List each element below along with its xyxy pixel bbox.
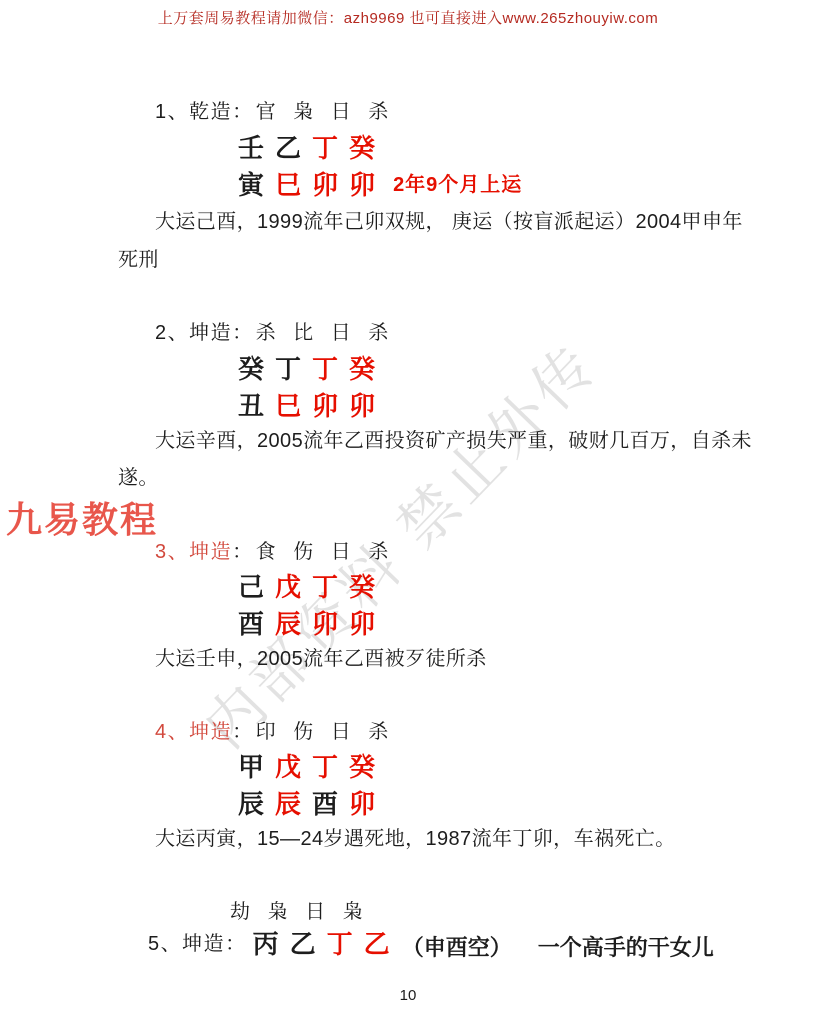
section-2-heading-line: 2、坤造： 杀 比 日 杀	[155, 322, 394, 345]
text-segment: 戊	[275, 753, 301, 783]
text-segment: 己	[238, 573, 264, 603]
section-5-main-line: 5、坤造： 丙乙丁乙 （申酉空）一个高手的干女儿	[148, 930, 714, 960]
case-1-branches-line: 寅巳卯卯 2年9个月上运	[238, 171, 522, 201]
case-4-ten-gods: 印 伤 日 杀	[256, 721, 395, 744]
text-segment: 丁	[312, 134, 338, 164]
page-number: 10	[0, 987, 816, 1004]
text-segment: 戊	[275, 573, 301, 603]
section-4-heading-line: 4、坤造： 印 伤 日 杀	[155, 721, 394, 744]
case-1-comment-line-1: 大运己酉，1999流年己卯双规， 庚运（按盲派起运）2004甲申年	[155, 211, 743, 234]
case-2-comment-line-2: 遂。	[118, 467, 159, 490]
text-segment: 酉	[238, 610, 264, 640]
text-segment: 癸	[349, 753, 375, 783]
text-segment: 丁	[312, 573, 338, 603]
text-segment: 辰	[238, 790, 264, 820]
case-1-luck-note: 2年9个月上运	[393, 174, 522, 197]
text-segment: 巳	[275, 171, 301, 201]
case-5-label: 5、坤造：	[148, 933, 247, 956]
text-segment: 壬	[238, 134, 264, 164]
case-4-stems: 甲戊丁癸	[238, 753, 375, 783]
text-segment: 乙	[364, 930, 390, 960]
section-1-heading-line: 1、乾造： 官 枭 日 杀	[155, 101, 394, 124]
text-segment: 2、坤造：	[155, 322, 254, 344]
case-4-label: 4、坤造：	[155, 721, 254, 744]
case-2-ten-gods: 杀 比 日 杀	[256, 322, 395, 345]
text-segment: 丁	[327, 930, 353, 960]
text-segment: 卯	[349, 610, 375, 640]
case-4-comment-line-1: 大运丙寅，15—24岁遇死地，1987流年丁卯，车祸死亡。	[155, 828, 676, 851]
case-1-comment-line-2: 死刑	[118, 249, 159, 272]
text-segment: ：	[232, 721, 254, 743]
case-3-label: 3、坤造：	[155, 541, 254, 564]
case-5-annotation: （申酉空）一个高手的干女儿	[402, 935, 714, 960]
case-2-label: 2、坤造：	[155, 322, 254, 345]
text-segment: 癸	[349, 355, 375, 385]
text-segment: 乙	[275, 134, 301, 164]
case-1-stems: 壬乙丁癸	[238, 134, 375, 164]
text-segment: 一个高手的干女儿	[538, 935, 714, 960]
case-1-label: 1、乾造：	[155, 101, 254, 124]
case-3-ten-gods: 食 伤 日 杀	[256, 541, 395, 564]
case-3-stems: 己戊丁癸	[238, 573, 375, 603]
text-segment: 癸	[238, 355, 264, 385]
text-segment: 卯	[312, 392, 338, 422]
text-segment: 丙	[253, 930, 279, 960]
text-segment: ：	[232, 541, 254, 563]
text-segment: 卯	[312, 171, 338, 201]
text-segment: 3、坤造	[155, 541, 232, 563]
text-segment: 癸	[349, 573, 375, 603]
section-3-heading-line: 3、坤造： 食 伤 日 杀	[155, 541, 394, 564]
case-4-branches: 辰辰酉卯	[238, 790, 375, 820]
text-segment: 丑	[238, 392, 264, 422]
text-segment: 卯	[312, 610, 338, 640]
text-segment: 卯	[349, 171, 375, 201]
case-3-branches: 酉辰卯卯	[238, 610, 375, 640]
text-segment: 乙	[290, 930, 316, 960]
text-segment: 巳	[275, 392, 301, 422]
text-segment: 丁	[275, 355, 301, 385]
case-2-comment-line-1: 大运辛酉，2005流年乙酉投资矿产损失严重，破财几百万，自杀未	[155, 430, 752, 453]
case-2-branches: 丑巳卯卯	[238, 392, 375, 422]
text-segment: 5、坤造：	[148, 933, 247, 955]
header-notice: 上万套周易教程请加微信：azh9969 也可直接进入www.265zhouyiw…	[0, 7, 816, 28]
text-segment: 辰	[275, 790, 301, 820]
case-1-branches: 寅巳卯卯	[238, 171, 375, 201]
case-1-ten-gods: 官 枭 日 杀	[256, 101, 395, 124]
case-3-comment-line-1: 大运壬申，2005流年乙酉被歹徒所杀	[155, 648, 487, 671]
text-segment: 卯	[349, 790, 375, 820]
text-segment: 1、乾造：	[155, 101, 254, 123]
text-segment: 丁	[312, 753, 338, 783]
text-segment: 卯	[349, 392, 375, 422]
logo-watermark-text: 九易教程	[6, 492, 158, 543]
case-5-stems: 丙乙丁乙	[253, 930, 390, 960]
text-segment: 癸	[349, 134, 375, 164]
text-segment: 酉	[312, 790, 338, 820]
document-page: 内部资料 禁止外传 上万套周易教程请加微信：azh9969 也可直接进入www.…	[0, 0, 816, 1025]
text-segment: 丁	[312, 355, 338, 385]
text-segment: 寅	[238, 171, 264, 201]
text-segment: 4、坤造	[155, 721, 232, 743]
text-segment: 甲	[238, 753, 264, 783]
case-2-stems: 癸丁丁癸	[238, 355, 375, 385]
text-segment: 辰	[275, 610, 301, 640]
case-5-ten-gods: 劫 枭 日 枭	[230, 901, 369, 924]
text-segment: （申酉空）	[402, 935, 512, 960]
